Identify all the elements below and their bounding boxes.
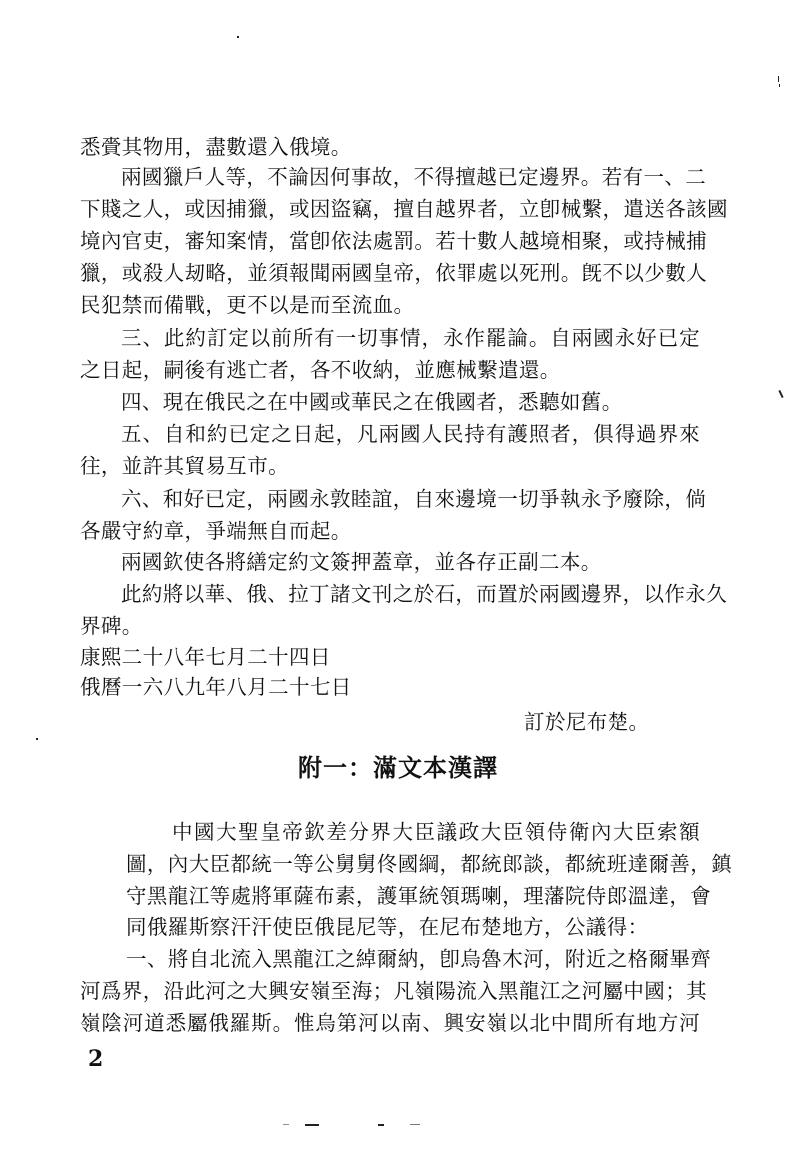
scan-speck	[410, 1124, 420, 1125]
text-line: 一、將自北流入黑龍江之綽爾納，卽烏魯木河，附近之格爾畢齊	[126, 947, 700, 971]
text-line: 五、自和約已定之日起，凡兩國人民持有護照者，俱得過界來	[121, 422, 700, 446]
signed-at: 訂於尼布楚。	[524, 710, 649, 734]
text-line: 往，並許其貿易互市。	[80, 454, 289, 478]
text-line: 六、和好已定，兩國永敦睦誼，自來邊境一切爭執永予廢除，倘	[121, 487, 700, 511]
text-line: 各嚴守約章，爭端無自而起。	[80, 519, 352, 543]
scan-speck	[778, 76, 779, 82]
scan-speck	[283, 1124, 289, 1125]
text-line: 守黑龍江等處將軍薩布素，護軍統領瑪喇，理藩院侍郎溫達，會	[126, 884, 700, 908]
text-line: 四、現在俄民之在中國或華民之在俄國者，悉聽如舊。	[121, 390, 623, 414]
text-line: 中國大聖皇帝欽差分界大臣議政大臣領侍衛內大臣索額	[172, 820, 700, 844]
scan-speck	[305, 1124, 319, 1126]
date-kangxi: 康熙二十八年七月二十四日	[80, 645, 331, 669]
scan-speck	[778, 390, 783, 398]
text-line: 境內官吏，審知案情，當卽依法處罰。若十數人越境相聚，或持械捕	[80, 229, 700, 253]
annex-title: 附一：滿文本漢譯	[298, 754, 498, 782]
scan-speck	[378, 1124, 384, 1126]
text-line: 之日起，嗣後有逃亡者，各不收納，並應械繫遣還。	[80, 358, 561, 382]
text-line: 兩國獵戶人等，不論因何事故，不得擅越已定邊界。若有一、二	[121, 165, 700, 189]
scan-speck	[237, 36, 239, 38]
text-line: 三、此約訂定以前所有一切事情，永作罷論。自兩國永好已定	[121, 326, 700, 350]
text-line: 嶺陰河道悉屬俄羅斯。惟烏第河以南、興安嶺以北中間所有地方河	[80, 1011, 700, 1035]
scan-speck	[779, 84, 780, 87]
scan-speck	[36, 738, 38, 740]
text-line: 兩國欽使各將繕定約文簽押蓋章，並各存正副二本。	[121, 550, 602, 574]
text-line: 民犯禁而備戰，更不以是而至流血。	[80, 293, 414, 317]
date-russian-calendar: 俄曆一六八九年八月二十七日	[80, 675, 352, 699]
page-number: 2	[88, 1046, 103, 1072]
text-line: 河爲界，沿此河之大興安嶺至海；凡嶺陽流入黑龍江之河屬中國；其	[80, 979, 700, 1003]
text-line: 界碑。	[80, 614, 143, 638]
text-line: 圖，內大臣都統一等公舅舅佟國綱，都統郎談，都統班達爾善，鎮	[126, 852, 700, 876]
text-line: 下賤之人，或因捕獵，或因盜竊，擅自越界者，立卽械繫，遣送各該國	[80, 197, 700, 221]
text-line: 悉賫其物用，盡數還入俄境。	[80, 135, 352, 159]
text-line: 獵，或殺人刼略，並須報聞兩國皇帝，依罪處以死刑。旣不以少數人	[80, 261, 700, 285]
text-line: 同俄羅斯察汗汗使臣俄昆尼等，在尼布楚地方，公議得：	[126, 915, 649, 939]
text-line: 此約將以華、俄、拉丁諸文刊之於石，而置於兩國邊界，以作永久	[121, 582, 700, 606]
